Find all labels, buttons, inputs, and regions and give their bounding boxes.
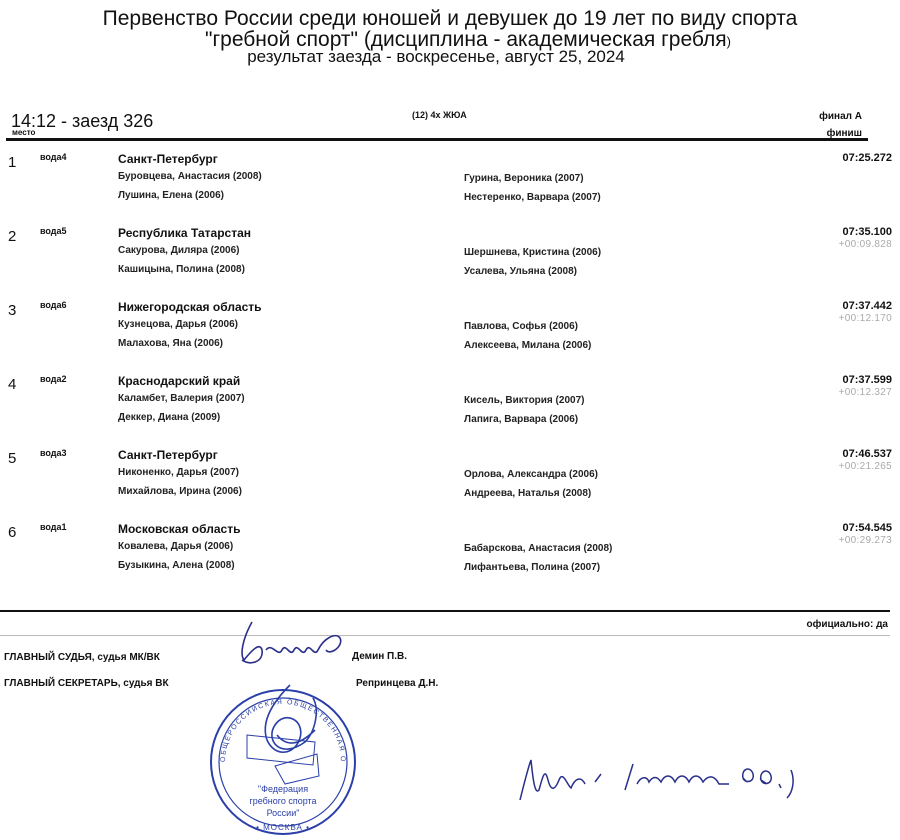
result-date: результат заезда - воскресенье, август 2… — [0, 48, 886, 66]
team-name: Санкт-Петербург — [118, 448, 218, 462]
time-behind: +00:12.170 — [839, 313, 892, 324]
lane: вода3 — [40, 448, 67, 458]
team-name: Нижегородская область — [118, 300, 262, 314]
athlete: Бабарскова, Анастасия (2008) — [464, 543, 612, 554]
chief-judge-name: Демин П.В. — [352, 651, 407, 662]
result-row: 3 вода6 Нижегородская область Кузнецова,… — [0, 296, 900, 356]
athlete: Алексеева, Милана (2006) — [464, 340, 591, 351]
place-column-header: место — [12, 128, 35, 137]
handwritten-signature-icon — [515, 740, 805, 815]
stamp-line3: России" — [267, 808, 300, 818]
athlete: Усалева, Ульяна (2008) — [464, 266, 577, 277]
header-divider — [6, 138, 868, 141]
result-row: 6 вода1 Московская область Ковалева, Дар… — [0, 518, 900, 578]
athlete: Гурина, Вероника (2007) — [464, 173, 584, 184]
lane: вода4 — [40, 152, 67, 162]
finish-time: 07:35.100 — [842, 226, 892, 238]
athlete: Кисель, Виктория (2007) — [464, 395, 584, 406]
finish-time: 07:37.442 — [842, 300, 892, 312]
place: 6 — [8, 524, 16, 541]
chief-secretary-label: ГЛАВНЫЙ СЕКРЕТАРЬ, судья ВК — [4, 678, 169, 689]
time-behind: +00:12.327 — [839, 387, 892, 398]
chief-secretary-name: Репринцева Д.Н. — [356, 678, 438, 689]
lane: вода5 — [40, 226, 67, 236]
athlete: Кашицына, Полина (2008) — [118, 264, 245, 275]
athlete: Буровцева, Анастасия (2008) — [118, 171, 262, 182]
result-row: 1 вода4 Санкт-Петербург Буровцева, Анаст… — [0, 148, 900, 208]
team-name: Санкт-Петербург — [118, 152, 218, 166]
athlete: Кузнецова, Дарья (2006) — [118, 319, 238, 330]
place: 3 — [8, 302, 16, 319]
discipline-paren: ) — [727, 34, 731, 49]
result-row: 5 вода3 Санкт-Петербург Никоненко, Дарья… — [0, 444, 900, 504]
athlete: Орлова, Александра (2006) — [464, 469, 598, 480]
athlete: Бузыкина, Алена (2008) — [118, 560, 235, 571]
team-name: Краснодарский край — [118, 374, 240, 388]
time-behind: +00:29.273 — [839, 535, 892, 546]
place: 1 — [8, 154, 16, 171]
athlete: Лушина, Елена (2006) — [118, 190, 224, 201]
result-row: 4 вода2 Краснодарский край Каламбет, Вал… — [0, 370, 900, 430]
team-name: Республика Татарстан — [118, 226, 251, 240]
team-name: Московская область — [118, 522, 240, 536]
document-title: Первенство России среди юношей и девушек… — [0, 8, 900, 30]
result-row: 2 вода5 Республика Татарстан Сакурова, Д… — [0, 222, 900, 282]
event-code: (12) 4x ЖЮА — [412, 110, 467, 120]
official-status: официально: да — [806, 619, 888, 630]
stage-label: финал А — [819, 111, 862, 122]
athlete: Деккер, Диана (2009) — [118, 412, 220, 423]
finish-time: 07:54.545 — [842, 522, 892, 534]
athlete: Сакурова, Диляра (2006) — [118, 245, 240, 256]
athlete: Каламбет, Валерия (2007) — [118, 393, 245, 404]
place: 2 — [8, 228, 16, 245]
athlete: Нестеренко, Варвара (2007) — [464, 192, 601, 203]
athlete: Никоненко, Дарья (2007) — [118, 467, 239, 478]
finish-time: 07:46.537 — [842, 448, 892, 460]
athlete: Шершнева, Кристина (2006) — [464, 247, 601, 258]
place: 4 — [8, 376, 16, 393]
stamp-line1: "Федерация — [258, 784, 308, 794]
stamp-bottom-text: • МОСКВА • — [256, 823, 310, 832]
stamp-line2: гребного спорта — [249, 796, 316, 806]
athlete: Лифантьева, Полина (2007) — [464, 562, 600, 573]
finish-time: 07:25.272 — [842, 152, 892, 164]
time-behind: +00:21.265 — [839, 461, 892, 472]
lane: вода1 — [40, 522, 67, 532]
lane: вода2 — [40, 374, 67, 384]
lane: вода6 — [40, 300, 67, 310]
federation-stamp-icon: ОБЩЕРОССИЙСКАЯ ОБЩЕСТВЕННАЯ ОРГАНИЗАЦИЯ … — [205, 680, 360, 840]
time-behind: +00:09.828 — [839, 239, 892, 250]
athlete: Михайлова, Ирина (2006) — [118, 486, 242, 497]
athlete: Павлова, Софья (2006) — [464, 321, 578, 332]
place: 5 — [8, 450, 16, 467]
chief-judge-label: ГЛАВНЫЙ СУДЬЯ, судья МК/ВК — [4, 652, 160, 663]
chief-judge-signature-icon — [232, 620, 352, 670]
official-divider — [0, 635, 890, 636]
athlete: Ковалева, Дарья (2006) — [118, 541, 233, 552]
athlete: Малахова, Яна (2006) — [118, 338, 223, 349]
athlete: Лапига, Варвара (2006) — [464, 414, 578, 425]
athlete: Андреева, Наталья (2008) — [464, 488, 591, 499]
results-divider — [0, 610, 890, 612]
finish-time: 07:37.599 — [842, 374, 892, 386]
